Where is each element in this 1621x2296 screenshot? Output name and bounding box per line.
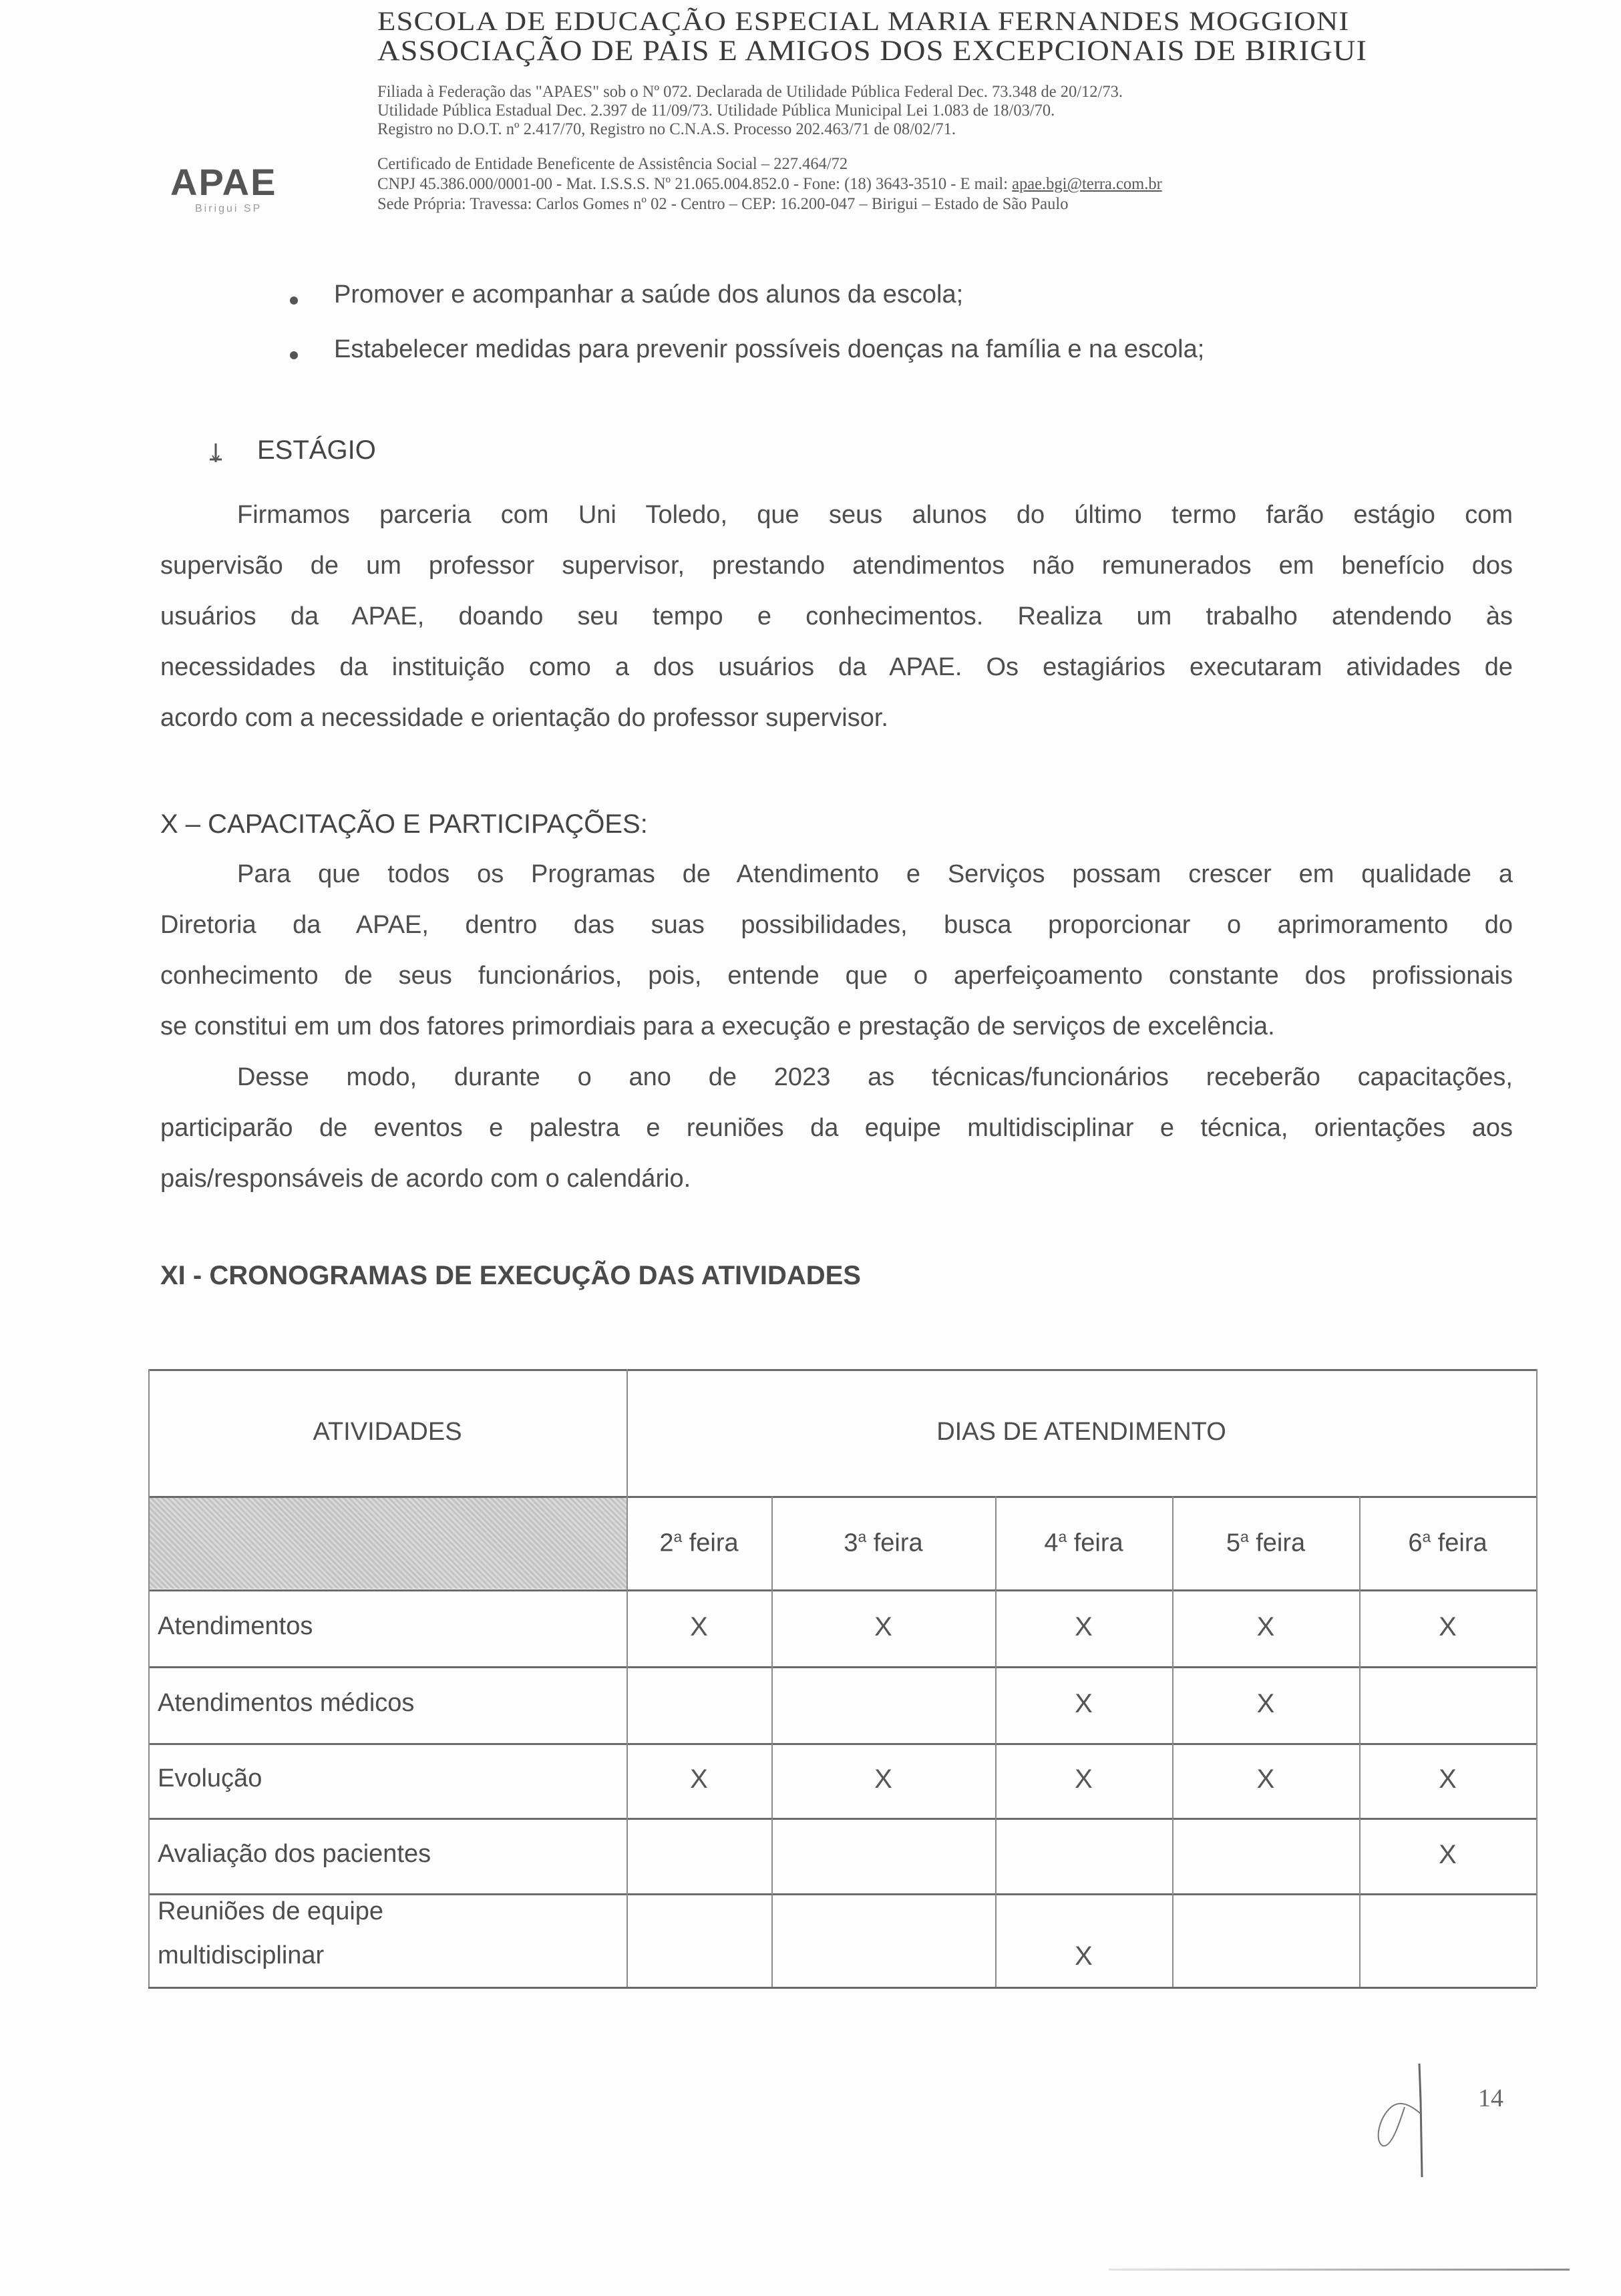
letterhead-contact-line: CNPJ 45.386.000/0001-00 - Mat. I.S.S.S. … (377, 175, 1162, 194)
capacitacao-line: pais/responsáveis de acordo com o calend… (160, 1165, 691, 1193)
schedule-mark: X (1439, 1764, 1457, 1794)
activity-label: Atendimentos (158, 1612, 313, 1641)
table-row-divider (148, 1369, 1536, 1371)
schedule-mark: X (1075, 1764, 1093, 1794)
schedule-mark: X (1075, 1941, 1093, 1971)
table-row-divider (626, 1496, 1536, 1498)
capacitacao-line: Desse modo, durante o ano de 2023 as téc… (237, 1063, 1513, 1092)
apae-logo-subtitle: Birigui SP (195, 203, 262, 215)
cnpj-phone-text: CNPJ 45.386.000/0001-00 - Mat. I.S.S.S. … (377, 175, 1012, 193)
schedule-mark: X (690, 1764, 708, 1794)
table-col-divider (626, 1369, 628, 1987)
estagio-line: necessidades da instituição como a dos u… (160, 653, 1513, 682)
letterhead-address: Sede Própria: Travessa: Carlos Gomes nº … (377, 195, 1068, 214)
schedule-mark: X (1439, 1840, 1457, 1870)
scan-edge-line (1109, 2269, 1570, 2271)
column-header-day: 5a feira (1172, 1528, 1359, 1558)
schedule-mark: X (1075, 1612, 1093, 1642)
arrow-down-bullet-icon (208, 442, 223, 466)
estagio-line: usuários da APAE, doando seu tempo e con… (160, 602, 1513, 631)
schedule-mark: X (690, 1612, 708, 1642)
schedule-mark: X (1075, 1689, 1093, 1719)
schedule-mark: X (1257, 1764, 1275, 1794)
bullet-icon (290, 297, 298, 305)
bullet-item: Promover e acompanhar a saúde dos alunos… (334, 280, 963, 309)
email-link[interactable]: apae.bgi@terra.com.br (1012, 175, 1162, 193)
capacitacao-line: Para que todos os Programas de Atendimen… (237, 860, 1513, 889)
activity-label: Atendimentos médicos (158, 1689, 414, 1718)
estagio-line: Firmamos parceria com Uni Toledo, que se… (237, 501, 1513, 530)
capacitacao-line: Diretoria da APAE, dentro das suas possi… (160, 911, 1513, 940)
school-name: ESCOLA DE EDUCAÇÃO ESPECIAL MARIA FERNAN… (377, 5, 1349, 37)
activity-label: multidisciplinar (158, 1941, 324, 1970)
table-row-divider (148, 1589, 1536, 1591)
section-heading-cronograma: XI - CRONOGRAMAS DE EXECUÇÃO DAS ATIVIDA… (160, 1261, 861, 1291)
column-header-day: 3a feira (771, 1528, 995, 1558)
letterhead-line-2: Utilidade Pública Estadual Dec. 2.397 de… (377, 102, 1055, 120)
schedule-mark: X (874, 1612, 892, 1642)
section-heading-estagio: ESTÁGIO (257, 435, 376, 465)
letterhead-line-4: Certificado de Entidade Beneficente de A… (377, 155, 848, 174)
bullet-item: Estabelecer medidas para prevenir possív… (334, 335, 1204, 364)
association-name: ASSOCIAÇÃO DE PAIS E AMIGOS DOS EXCEPCIO… (377, 35, 1367, 67)
table-row-divider (148, 1987, 1536, 1989)
schedule-mark: X (1257, 1612, 1275, 1642)
table-row-divider (148, 1743, 1536, 1745)
schedule-mark: X (1257, 1689, 1275, 1719)
table-row-divider (148, 1818, 1536, 1820)
table-row-divider (148, 1893, 1536, 1895)
table-col-divider (148, 1369, 150, 1987)
capacitacao-line: se constitui em um dos fatores primordia… (160, 1012, 1275, 1041)
table-row-divider (148, 1666, 1536, 1668)
activity-label: Reuniões de equipe (158, 1897, 383, 1926)
column-header-day: 2a feira (626, 1528, 771, 1558)
letterhead-line-3: Registro no D.O.T. nº 2.417/70, Registro… (377, 120, 956, 139)
column-header-atividades: ATIVIDADES (148, 1418, 626, 1447)
estagio-line: supervisão de um professor supervisor, p… (160, 552, 1513, 580)
letterhead-line-1: Filiada à Federação das "APAES" sob o Nº… (377, 83, 1123, 102)
table-col-divider (771, 1496, 773, 1987)
activity-label: Evolução (158, 1764, 262, 1793)
page-number: 14 (1478, 2084, 1503, 2113)
estagio-line: acordo com a necessidade e orientação do… (160, 704, 888, 733)
column-header-dias-atendimento: DIAS DE ATENDIMENTO (626, 1418, 1536, 1447)
section-heading-capacitacao: X – CAPACITAÇÃO E PARTICIPAÇÕES: (160, 809, 648, 839)
capacitacao-line: participarão de eventos e palestra e reu… (160, 1114, 1513, 1143)
table-row-divider (148, 1496, 626, 1498)
column-header-day: 6a feira (1359, 1528, 1536, 1558)
activity-label: Avaliação dos pacientes (158, 1840, 431, 1869)
schedule-table: ATIVIDADESDIAS DE ATENDIMENTO2a feira3a … (148, 1369, 1536, 1987)
schedule-mark: X (1439, 1612, 1457, 1642)
table-col-divider (995, 1496, 997, 1987)
table-col-divider (1536, 1369, 1538, 1987)
shaded-header-cell (150, 1497, 626, 1589)
table-col-divider (1359, 1496, 1361, 1987)
capacitacao-line: conhecimento de seus funcionários, pois,… (160, 962, 1513, 990)
column-header-day: 4a feira (995, 1528, 1172, 1558)
table-col-divider (1172, 1496, 1174, 1987)
bullet-icon (290, 351, 298, 359)
schedule-mark: X (874, 1764, 892, 1794)
signature-mark (1373, 2060, 1433, 2180)
apae-logo: APAE (170, 160, 277, 204)
